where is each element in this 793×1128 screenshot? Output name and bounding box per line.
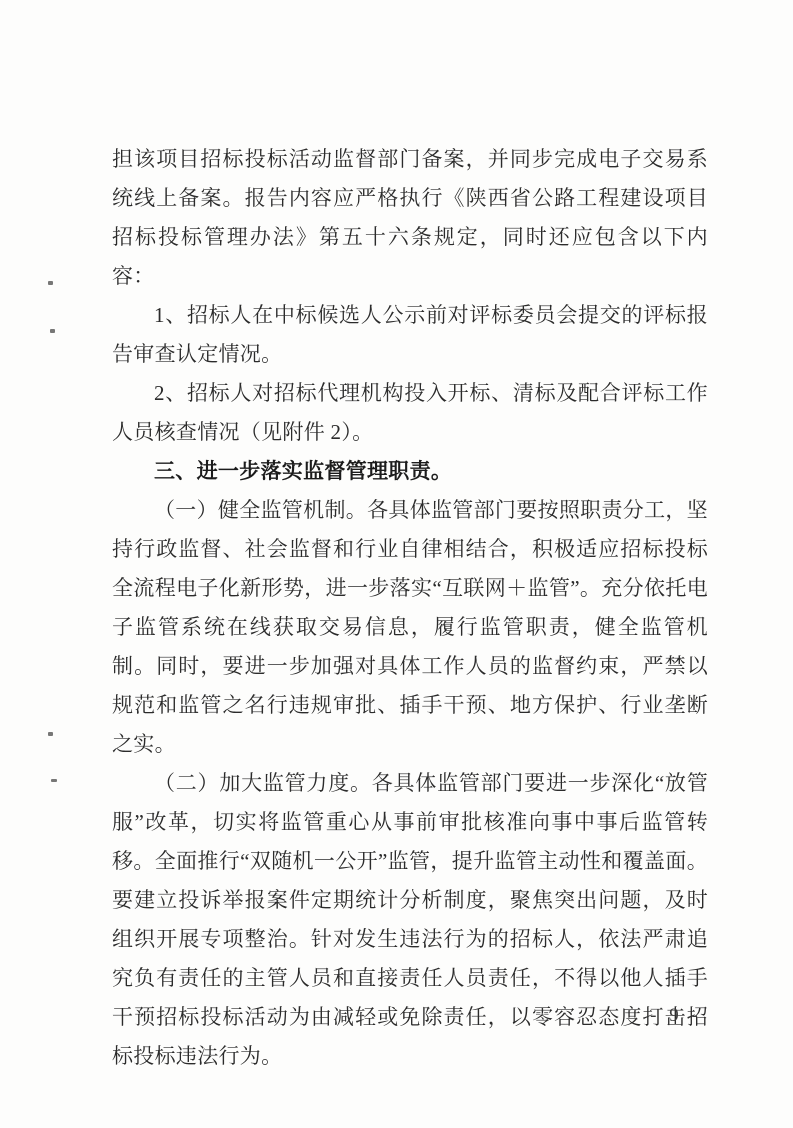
paragraph-list-item-1: 1、招标人在中标候选人公示前对评标委员会提交的评标报告审查认定情况。 [112, 296, 708, 374]
scan-artifact-speck [51, 779, 57, 782]
scan-artifact-speck [50, 329, 55, 333]
scan-artifact-speck [48, 732, 53, 736]
paragraph-subsection-2: （二）加大监管力度。各具体监管部门要进一步深化“放管服”改革，切实将监管重心从事… [112, 764, 708, 1076]
paragraph-continuation: 担该项目招标投标活动监督部门备案，并同步完成电子交易系统线上备案。报告内容应严格… [112, 140, 708, 296]
document-body: 担该项目招标投标活动监督部门备案，并同步完成电子交易系统线上备案。报告内容应严格… [112, 140, 708, 1076]
page-number: - 9 - [636, 1005, 716, 1027]
paragraph-subsection-1: （一）健全监管机制。各具体监管部门要按照职责分工，坚持行政监督、社会监督和行业自… [112, 491, 708, 764]
paragraph-list-item-2: 2、招标人对招标代理机构投入开标、清标及配合评标工作人员核查情况（见附件 2）。 [112, 374, 708, 452]
section-heading: 三、进一步落实监督管理职责。 [112, 452, 708, 491]
scanned-document-page: 担该项目招标投标活动监督部门备案，并同步完成电子交易系统线上备案。报告内容应严格… [0, 0, 793, 1128]
scan-artifact-speck [48, 281, 53, 285]
